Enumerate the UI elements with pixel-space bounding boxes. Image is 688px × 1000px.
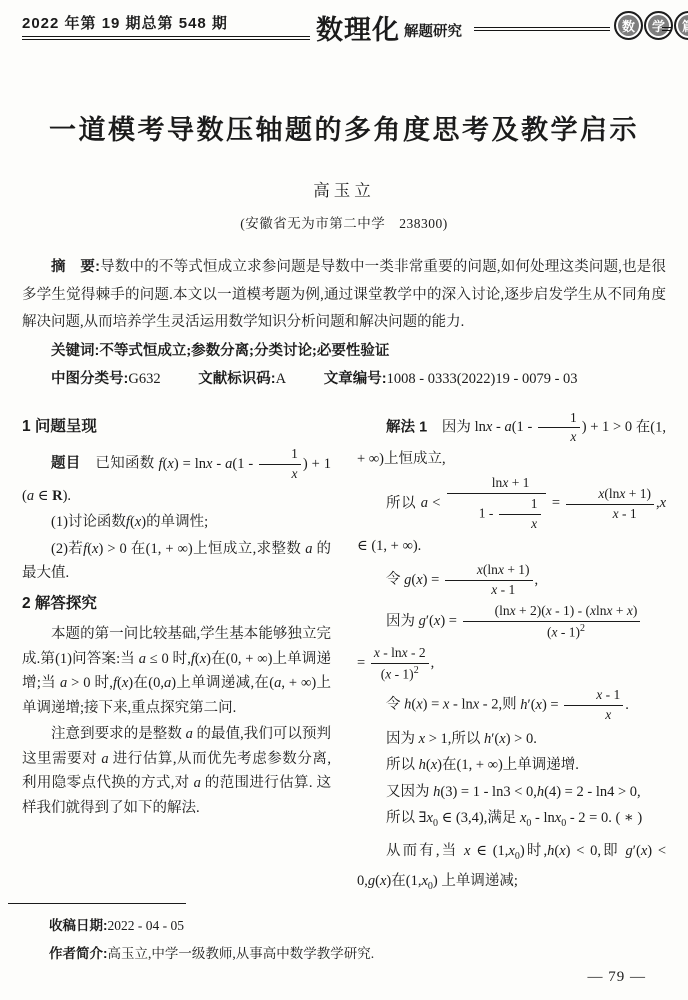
inline-bold-label: 题目 <box>51 456 81 472</box>
math-expression: g(x) = x(lnx + 1)x - 1, <box>404 572 538 588</box>
bio-label: 作者简介: <box>49 946 108 961</box>
journal-name: 数理化 <box>316 8 400 47</box>
math-expression: h(x) <box>419 757 442 773</box>
paragraph: 注意到要求的是整数 a 的最值,我们可以预判这里需要对 a 进行估算,从而优先考… <box>22 722 331 820</box>
paragraph: 所以 h(x)在(1, + ∞)上单调递增. <box>357 753 666 778</box>
fraction: 1x <box>259 446 301 483</box>
clc-label: 中图分类号: <box>51 371 128 387</box>
paragraph: 题目 已知函数 f(x) = lnx - a(1 - 1x) + 1 (a ∈ … <box>22 445 331 508</box>
paragraph: 因为 g′(x) = (lnx + 2)(x - 1) - (xlnx + x)… <box>357 602 666 642</box>
journal-page: 2022 年第 19 期总第 548 期 数理化 解题研究 数 学 篇 一道模考… <box>0 0 688 1000</box>
doc-code-value: A <box>276 371 286 387</box>
paragraph: 令 g(x) = x(lnx + 1)x - 1, <box>357 561 666 600</box>
math-expression: (0,a) <box>148 675 176 691</box>
article-body: 1 问题呈现题目 已知函数 f(x) = lnx - a(1 - 1x) + 1… <box>22 409 666 902</box>
doc-code-label: 文献标识码: <box>198 371 275 387</box>
header-rule-left <box>22 36 310 40</box>
abstract-text: 导数中的不等式恒成立求参问题是导数中一类非常重要的问题,如何处理这类问题,也是很… <box>22 259 666 330</box>
abstract-label: 摘 要: <box>51 259 100 275</box>
left-column: 1 问题呈现题目 已知函数 f(x) = lnx - a(1 - 1x) + 1… <box>22 409 331 902</box>
fraction: x(lnx + 1)x - 1 <box>445 562 533 599</box>
math-expression: lnx - a(1 - 1x) + 1 > 0 <box>475 419 633 435</box>
math-expression: ∃x0 ∈ (3,4) <box>419 810 484 826</box>
abstract-paragraph: 摘 要:导数中的不等式恒成立求参问题是导数中一类非常重要的问题,如何处理这类问题… <box>22 254 666 337</box>
article-title: 一道模考导数压轴题的多角度思考及教学启示 <box>22 108 666 147</box>
math-expression: f(x) <box>126 514 146 530</box>
paragraph: 因为 x > 1,所以 h′(x) > 0. <box>357 727 666 752</box>
math-expression: x0 - lnx0 - 2 = 0. <box>520 810 612 826</box>
section-heading: 1 问题呈现 <box>22 415 331 440</box>
article-affiliation: (安徽省无为市第二中学 238300) <box>22 212 666 232</box>
article-author: 高玉立 <box>22 177 666 201</box>
math-expression: (1, + ∞) <box>457 757 503 773</box>
header-rule-right <box>474 27 610 31</box>
keywords-line: 关键词:不等式恒成立;参数分离;分类讨论;必要性验证 <box>22 338 666 365</box>
received-label: 收稿日期: <box>49 918 108 933</box>
math-expression: a <box>186 726 193 742</box>
math-expression: = x - lnx - 2(x - 1)2, <box>357 655 434 671</box>
footnote-rule <box>8 903 186 904</box>
fraction: x(lnx + 1)x - 1 <box>566 486 654 523</box>
journal-subtitle: 解题研究 <box>404 20 462 41</box>
math-expression: (a, + ∞) <box>269 675 316 691</box>
author-bio-line: 作者简介:高玉立,中学一级教师,从事高中数学教学研究. <box>22 942 542 962</box>
received-date-line: 收稿日期:2022 - 04 - 05 <box>22 914 542 934</box>
math-expression: g′(x) = (lnx + 2)(x - 1) - (xlnx + x)(x … <box>419 613 643 629</box>
math-expression: (1, + ∞) <box>146 541 193 557</box>
article-meta-line: 中图分类号:G632文献标识码:A文章编号:1008 - 0333(2022)1… <box>22 366 666 393</box>
page-header: 2022 年第 19 期总第 548 期 数理化 解题研究 数 学 篇 <box>22 10 666 56</box>
math-expression: (0, + ∞) <box>226 651 273 667</box>
fraction: x - lnx - 2(x - 1)2 <box>371 645 429 683</box>
fraction: x - 1x <box>564 687 623 724</box>
math-expression: h(x) = x - lnx - 2 <box>404 697 498 713</box>
math-expression: f(x) <box>113 675 133 691</box>
paragraph: 本题的第一问比较基础,学生基本能够独立完成.第(1)问答案:当 a ≤ 0 时,… <box>22 622 331 720</box>
paragraph: = x - lnx - 2(x - 1)2, <box>357 644 666 684</box>
bio-text: 高玉立,中学一级教师,从事高中数学教学研究. <box>108 946 375 961</box>
math-expression: h(3) = 1 - ln3 < 0,h(4) = 2 - ln4 > 0 <box>433 784 637 800</box>
math-expression: h′(x) > 0. <box>484 731 537 747</box>
paragraph: 解法 1 因为 lnx - a(1 - 1x) + 1 > 0 在(1, + ∞… <box>357 409 666 472</box>
paragraph: 又因为 h(3) = 1 - ln3 < 0,h(4) = 2 - ln4 > … <box>357 780 666 805</box>
article-id-value: 1008 - 0333(2022)19 - 0079 - 03 <box>387 371 578 387</box>
math-expression: a < lnx + 11 - 1x = x(lnx + 1)x - 1,x ∈ … <box>357 495 666 554</box>
math-expression: g(x) <box>368 873 391 889</box>
math-expression: (1,x0) <box>406 873 438 889</box>
badge-char-2: 学 <box>644 11 673 40</box>
paragraph: 所以 ∃x0 ∈ (3,4),满足 x0 - lnx0 - 2 = 0. ( ∗… <box>357 806 666 836</box>
math-expression: x > 1 <box>419 731 448 747</box>
inline-bold-label: 解法 1 <box>386 419 427 435</box>
paragraph: 令 h(x) = x - lnx - 2,则 h′(x) = x - 1x. <box>357 686 666 725</box>
paragraph: (1)讨论函数f(x)的单调性; <box>22 510 331 535</box>
fraction: 1x <box>538 410 580 447</box>
journal-section-badge: 数 学 篇 <box>614 11 688 40</box>
paragraph: 从而有,当 x ∈ (1,x0)时,h(x) < 0,即 g′(x) < 0,g… <box>357 839 666 900</box>
clc-value: G632 <box>128 371 160 387</box>
math-expression: h(x) < 0 <box>547 843 597 859</box>
right-column: 解法 1 因为 lnx - a(1 - 1x) + 1 > 0 在(1, + ∞… <box>357 409 666 902</box>
math-expression: f(x) > 0 <box>83 541 127 557</box>
keywords-text: 不等式恒成立;参数分离;分类讨论;必要性验证 <box>99 343 389 359</box>
article-id-label: 文章编号: <box>324 371 387 387</box>
badge-char-3: 篇 <box>674 11 688 40</box>
fraction: 1x <box>499 496 541 533</box>
fraction: lnx + 11 - 1x <box>447 475 546 534</box>
received-value: 2022 - 04 - 05 <box>108 918 185 933</box>
section-heading: 2 解答探究 <box>22 592 331 617</box>
math-expression: x ∈ (1,x0) <box>464 843 525 859</box>
math-expression: a <box>194 775 201 791</box>
math-expression: f(x) <box>191 651 211 667</box>
issue-info: 2022 年第 19 期总第 548 期 <box>22 12 228 33</box>
fraction: (lnx + 2)(x - 1) - (xlnx + x)(x - 1)2 <box>463 603 641 641</box>
math-expression: a > 0 <box>60 675 91 691</box>
paragraph: (2)若f(x) > 0 在(1, + ∞)上恒成立,求整数 a 的最大值. <box>22 537 331 586</box>
footnote-block: 收稿日期:2022 - 04 - 05 作者简介:高玉立,中学一级教师,从事高中… <box>22 903 542 970</box>
keywords-label: 关键词: <box>51 343 99 359</box>
math-expression: a <box>305 541 312 557</box>
math-expression: h′(x) = x - 1x. <box>520 697 629 713</box>
badge-char-1: 数 <box>614 11 643 40</box>
page-number: — 79 — <box>588 969 647 986</box>
paragraph: 所以 a < lnx + 11 - 1x = x(lnx + 1)x - 1,x… <box>357 474 666 559</box>
math-expression: a ≤ 0 <box>139 651 169 667</box>
math-expression: a <box>101 751 108 767</box>
header-rule-badge <box>662 27 672 31</box>
